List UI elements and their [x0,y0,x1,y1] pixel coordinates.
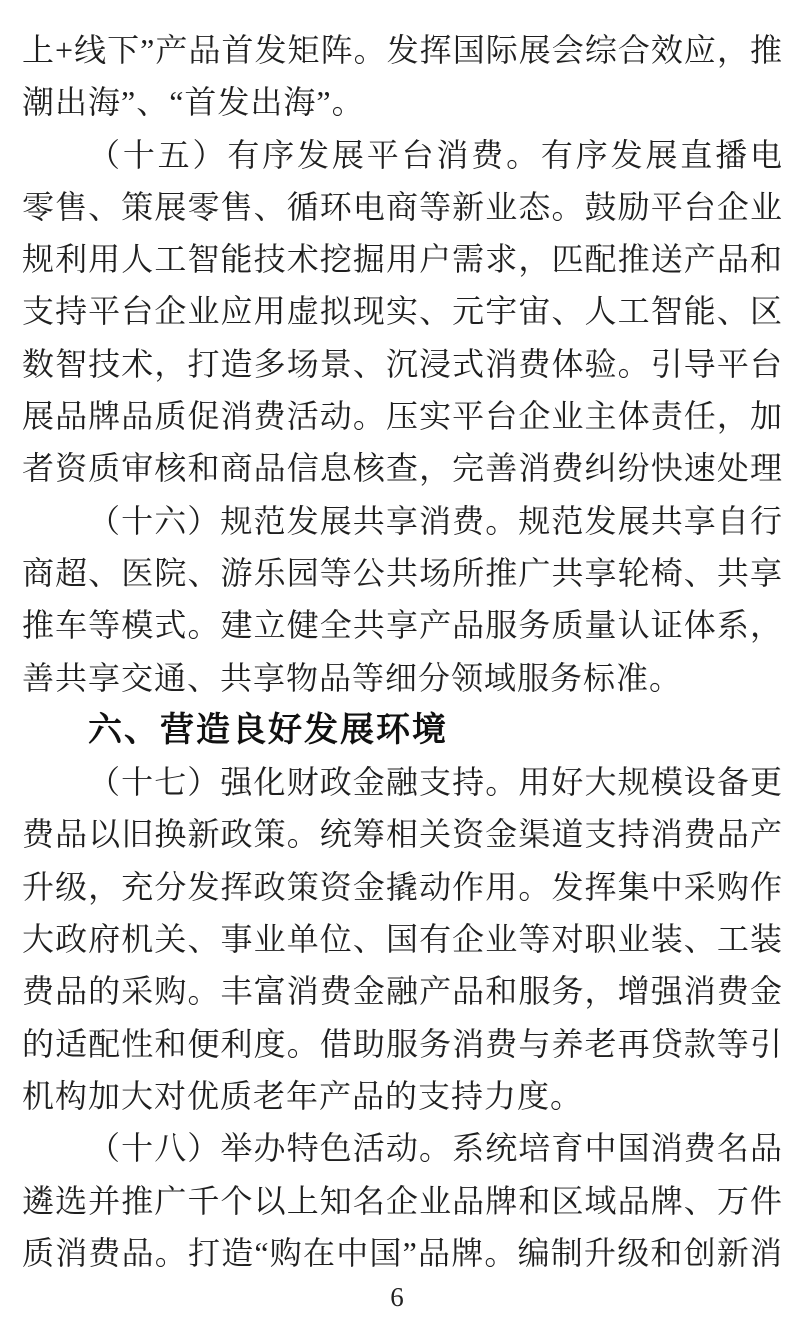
text-line: 数智技术，打造多场景、沉浸式消费体验。引导平台企业开 [22,338,782,390]
text-line: 费品的采购。丰富消费金融产品和服务，增强消费金融服务 [22,965,782,1017]
text-line: 机构加大对优质老年产品的支持力度。 [22,1070,782,1122]
text-line: 潮出海”、“首发出海”。 [22,76,782,128]
text-line: 者资质审核和商品信息核查，完善消费纠纷快速处理机制。 [22,442,782,494]
text-line: （十八）举办特色活动。系统培育中国消费名品方阵， [22,1122,782,1174]
text-line: 遴选并推广千个以上知名企业品牌和区域品牌、万件以上优 [22,1175,782,1227]
text-line: 展品牌品质促消费活动。压实平台企业主体责任，加强经营 [22,390,782,442]
text-line: 支持平台企业应用虚拟现实、元宇宙、人工智能、区块链等 [22,285,782,337]
text-line: 善共享交通、共享物品等细分领域服务标准。 [22,652,782,704]
text-line: （十七）强化财政金融支持。用好大规模设备更新和消 [22,756,782,808]
page-number: 6 [0,1282,794,1313]
text-line: 升级，充分发挥政策资金撬动作用。发挥集中采购作用，扩 [22,861,782,913]
text-line: （十六）规范发展共享消费。规范发展共享自行车，在 [22,495,782,547]
text-line: 推车等模式。建立健全共享产品服务质量认证体系，加快完 [22,599,782,651]
text-line: 大政府机关、事业单位、国有企业等对职业装、工装鞋等消 [22,913,782,965]
text-line: （十五）有序发展平台消费。有序发展直播电商、即时 [22,129,782,181]
text-line: 的适配性和便利度。借助服务消费与养老再贷款等引导金融 [22,1018,782,1070]
text-line: 上+线下”产品首发矩阵。发挥国际展会综合效应，推动“国 [22,24,782,76]
text-block: 上+线下”产品首发矩阵。发挥国际展会综合效应，推动“国潮出海”、“首发出海”。（… [22,24,782,1279]
section-heading: 六、营造良好发展环境 [22,704,782,756]
text-line: 零售、策展零售、循环电商等新业态。鼓励平台企业依法合 [22,181,782,233]
text-line: 规利用人工智能技术挖掘用户需求，匹配推送产品和服务。 [22,233,782,285]
text-line: 商超、医院、游乐园等公共场所推广共享轮椅、共享婴幼儿 [22,547,782,599]
text-line: 费品以旧换新政策。统筹相关资金渠道支持消费品产业提质 [22,808,782,860]
text-line: 质消费品。打造“购在中国”品牌。编制升级和创新消费品 [22,1227,782,1279]
document-page: 上+线下”产品首发矩阵。发挥国际展会综合效应，推动“国潮出海”、“首发出海”。（… [0,0,794,1322]
